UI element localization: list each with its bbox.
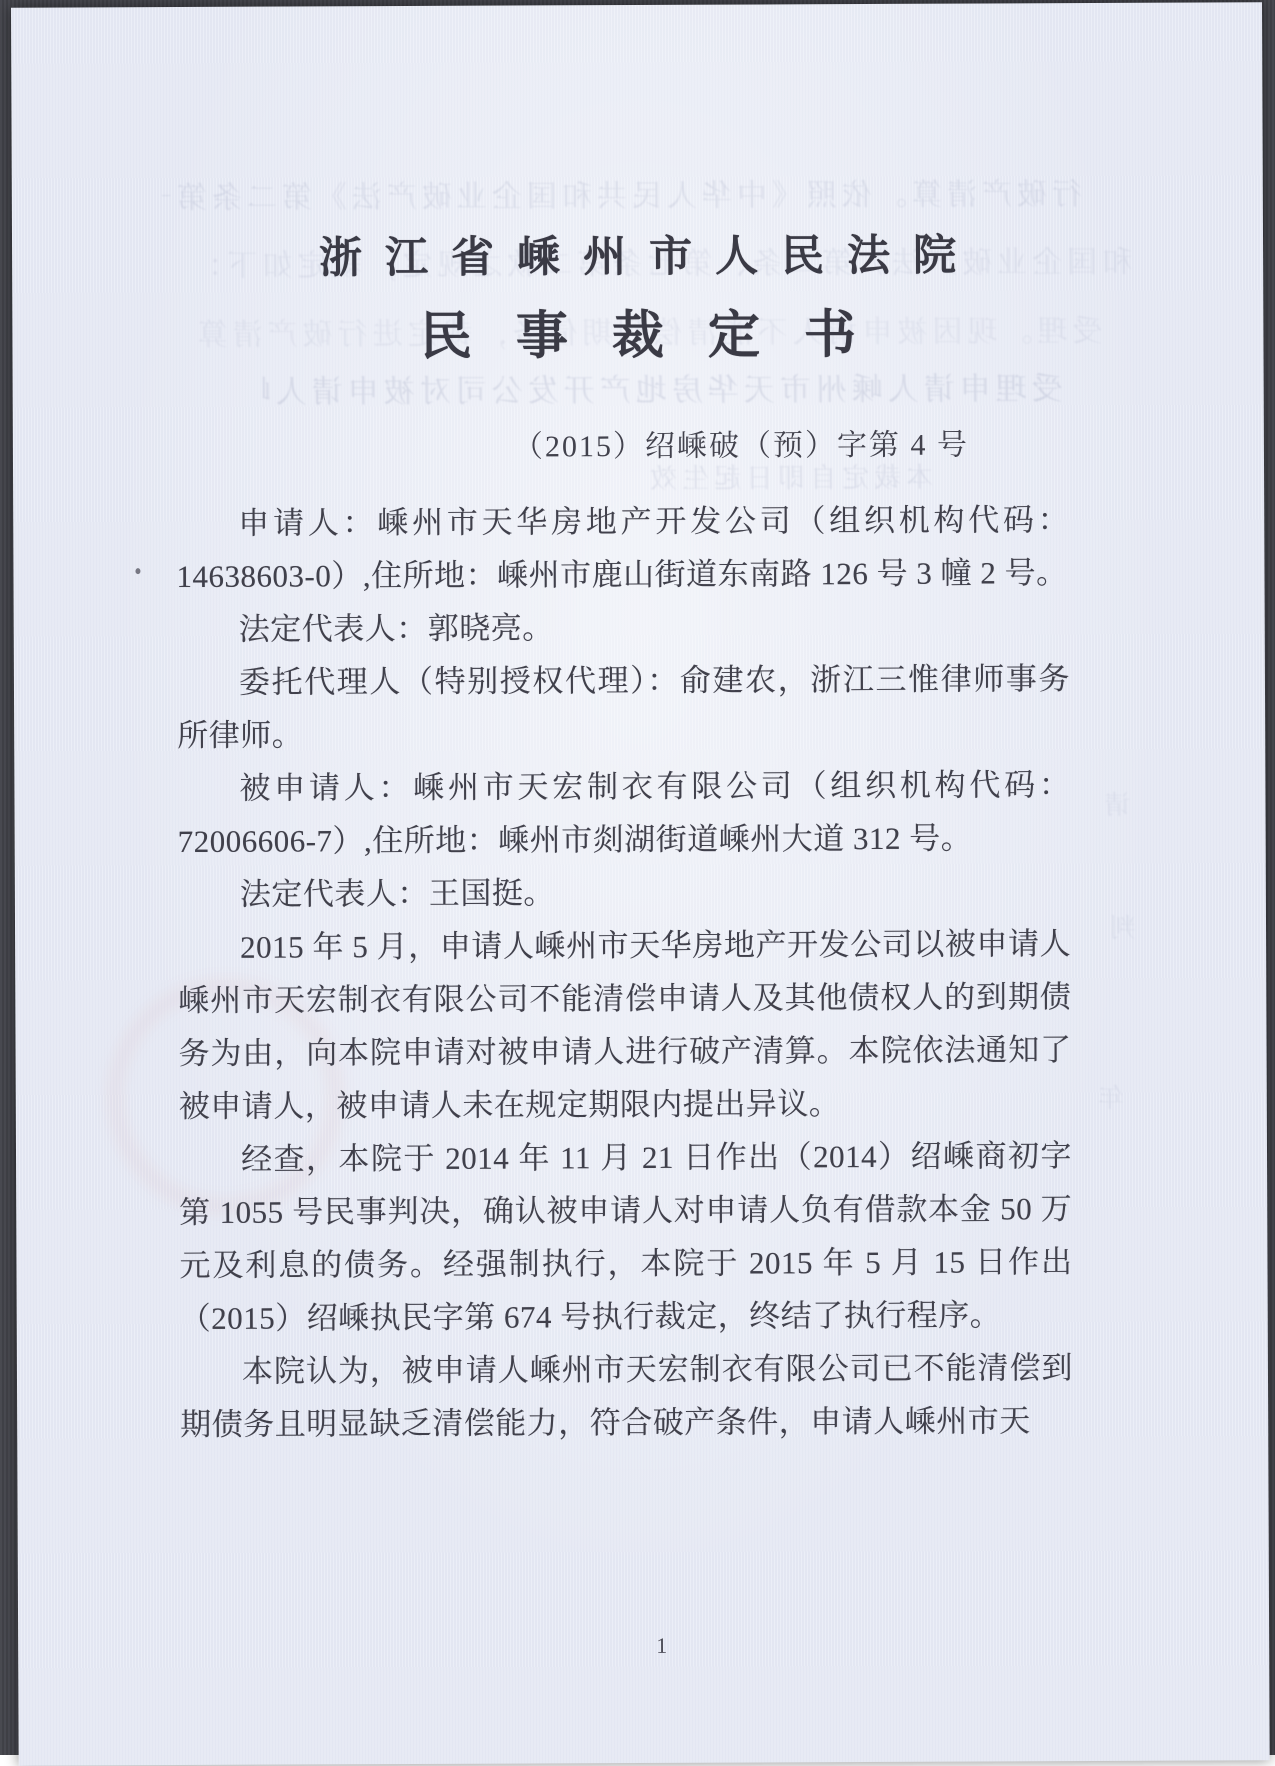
bleedthrough-mark: 年	[1098, 1078, 1124, 1115]
page-number: 1	[18, 1630, 1269, 1661]
bleedthrough-mark: 请	[1104, 785, 1130, 822]
scanner-background: 行破产清算。依照《中华人民共和国企业破产法》第二条第一款 和国企业破产法》第二条…	[0, 0, 1275, 1755]
ink-speck	[135, 568, 140, 574]
bleedthrough-text-line: 行破产清算。依照《中华人民共和国企业破产法》第二条第一款	[162, 169, 1082, 217]
paragraph-court-opinion: 本院认为，被申请人嵊州市天宏制衣有限公司已不能清偿到期债务且明显缺乏清偿能力，符…	[180, 1341, 1073, 1451]
paragraph-application-facts: 2015 年 5 月，申请人嵊州市天华房地产开发公司以被申请人嵊州市天宏制衣有限…	[178, 917, 1072, 1133]
court-name-title: 浙江省嵊州市人民法院	[12, 220, 1263, 286]
paragraph-legal-representative: 法定代表人：郭晓亮。	[177, 599, 1070, 656]
paragraph-attorney: 委托代理人（特别授权代理）：俞建农，浙江三惟律师事务所律师。	[177, 652, 1070, 762]
bleedthrough-mark: 判	[1110, 908, 1136, 945]
bleedthrough-text-line: 受理申请人嵊州市天华房地产开发公司对被申请人嵊州市天宏	[263, 363, 1063, 411]
paragraph-prior-judgment: 经查，本院于 2014 年 11 月 21 日作出（2014）绍嵊商初字第 10…	[179, 1129, 1073, 1345]
paragraph-applicant: 申请人：嵊州市天华房地产开发公司（组织机构代码：14638603-0）,住所地：…	[176, 493, 1069, 603]
paragraph-respondent-representative: 法定代表人：王国挺。	[178, 864, 1071, 921]
case-number: （2015）绍嵊破（预）字第 4 号	[513, 420, 969, 466]
document-page: 行破产清算。依照《中华人民共和国企业破产法》第二条第一款 和国企业破产法》第二条…	[11, 2, 1270, 1755]
document-type-title: 民事裁定书	[12, 290, 1263, 370]
paragraph-respondent: 被申请人：嵊州市天宏制衣有限公司（组织机构代码：72006606-7）,住所地：…	[177, 758, 1070, 868]
document-body: 申请人：嵊州市天华房地产开发公司（组织机构代码：14638603-0）,住所地：…	[176, 493, 1073, 1451]
